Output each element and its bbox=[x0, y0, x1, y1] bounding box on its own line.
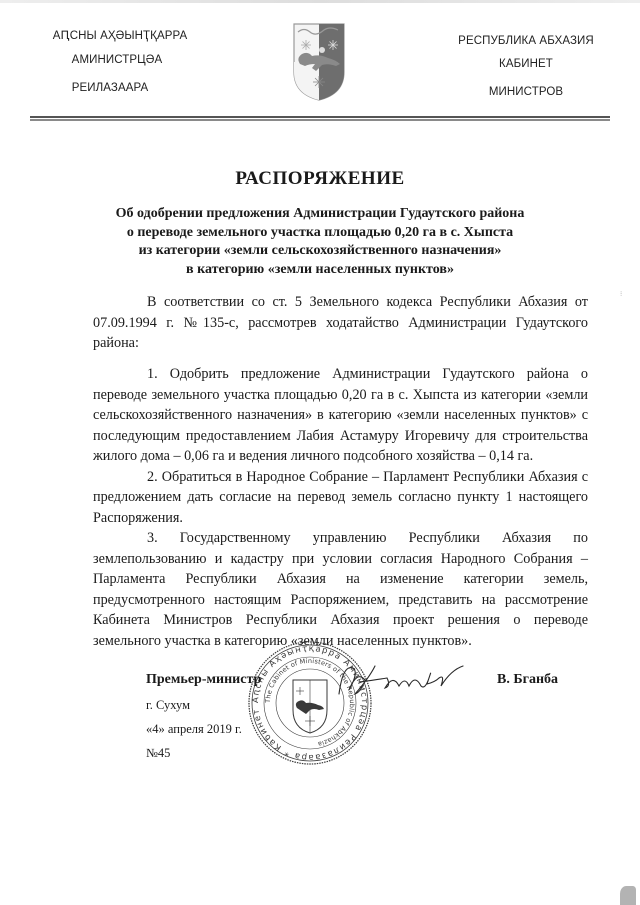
header-left-line-1: АԤСНЫ АҲӘЫНҬҚАРРА bbox=[53, 28, 188, 42]
signatory-title: Премьер-министр bbox=[146, 672, 261, 688]
scan-corner-smudge bbox=[620, 886, 636, 905]
signatory-name: В. Бганба bbox=[497, 672, 558, 688]
handwritten-signature-icon bbox=[335, 660, 475, 700]
header-right-line-3: МИНИСТРОВ bbox=[489, 86, 563, 98]
header-right-line-1: РЕСПУБЛИКА АБХАЗИЯ bbox=[458, 35, 594, 47]
subject-line: в категорию «земли населенных пунктов» bbox=[80, 261, 560, 280]
signing-city: г. Сухум bbox=[146, 698, 190, 713]
header-divider bbox=[30, 116, 610, 118]
header-left-line-2: АМИНИСТРЦӘА bbox=[72, 54, 163, 66]
header-left-line-3: РЕИЛАЗААРА bbox=[72, 82, 149, 94]
official-stamp-icon: Аԥсны Аҳәынҭқарра Аминистрцәа Реилазаара… bbox=[247, 640, 373, 766]
coat-of-arms-icon bbox=[292, 22, 346, 102]
document-type: РАСПОРЯЖЕНИЕ bbox=[0, 168, 640, 190]
signing-date: «4» апреля 2019 г. bbox=[146, 722, 242, 737]
header-right-line-2: КАБИНЕТ bbox=[499, 58, 553, 70]
preamble: В соответствии со ст. 5 Земельного кодек… bbox=[93, 292, 588, 354]
order-item-3: 3. Государственному управлению Республик… bbox=[93, 528, 588, 651]
subject-line: о переводе земельного участка площадью 0… bbox=[80, 224, 560, 243]
document-number: №45 bbox=[146, 746, 170, 761]
scan-margin-mark: ⁝ bbox=[620, 290, 622, 298]
order-item-1: 1. Одобрить предложение Администрации Гу… bbox=[93, 364, 588, 467]
order-items: 1. Одобрить предложение Администрации Гу… bbox=[93, 364, 588, 651]
subject-line: из категории «земли сельскохозяйственног… bbox=[80, 242, 560, 261]
header-divider-secondary bbox=[30, 119, 610, 121]
subject-line: Об одобрении предложения Администрации Г… bbox=[80, 205, 560, 224]
document-subject: Об одобрении предложения Администрации Г… bbox=[80, 205, 560, 279]
preamble-text: В соответствии со ст. 5 Земельного кодек… bbox=[93, 292, 588, 354]
order-item-2: 2. Обратиться в Народное Собрание – Парл… bbox=[93, 467, 588, 529]
scan-edge bbox=[0, 0, 640, 3]
